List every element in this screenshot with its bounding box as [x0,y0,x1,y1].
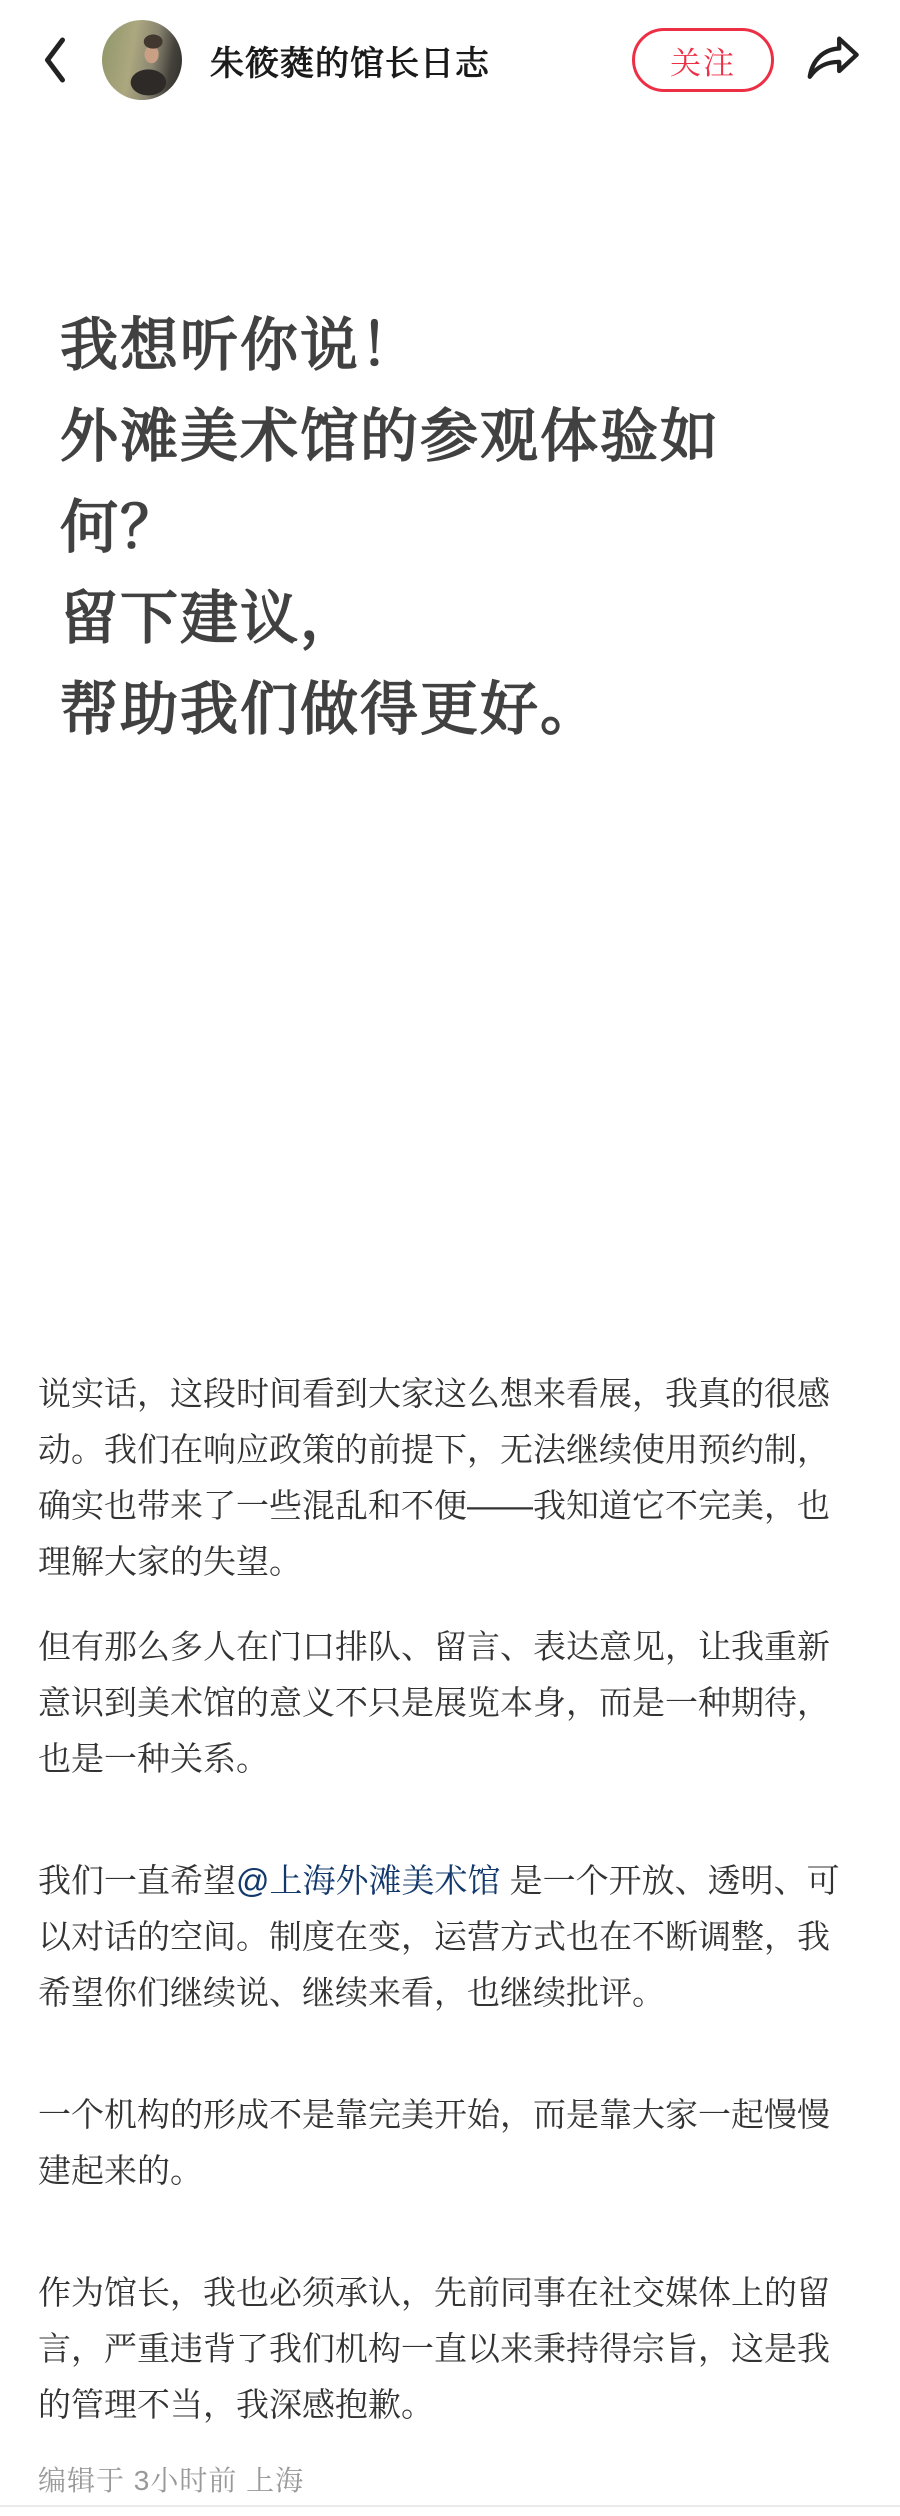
paragraph-text: 我们一直希望 [38,1862,236,1899]
top-nav-bar: 朱筱蕤的馆长日志 关注 [0,0,900,110]
hero-text-line: 帮助我们做得更好。 [60,664,840,755]
post-paragraph: 一个机构的形成不是靠完美开始，而是靠大家一起慢慢建起来的。 [38,2087,862,2199]
post-paragraph: 说实话，这段时间看到大家这么想来看展，我真的很感动。我们在响应政策的前提下，无法… [38,1366,862,1590]
post-paragraph: 作为馆长，我也必须承认，先前同事在社交媒体上的留言，严重违背了我们机构一直以来秉… [38,2265,862,2433]
share-button[interactable] [802,29,864,91]
back-button[interactable] [40,30,80,90]
edit-timestamp-location: 编辑于 3小时前 上海 [38,2453,862,2509]
hero-text-line: 我想听你说！ [60,300,840,391]
avatar[interactable] [102,20,182,100]
follow-button[interactable]: 关注 [632,28,774,92]
post-body: 说实话，这段时间看到大家这么想来看展，我真的很感动。我们在响应政策的前提下，无法… [0,1310,900,2509]
hero-text-line: 何？ [60,482,840,573]
hero-text-line: 外滩美术馆的参观体验如 [60,391,840,482]
username[interactable]: 朱筱蕤的馆长日志 [210,36,490,85]
post-hero-image[interactable]: 我想听你说！ 外滩美术馆的参观体验如 何？ 留下建议， 帮助我们做得更好。 [0,110,900,1310]
follow-button-label: 关注 [670,38,736,83]
share-arrow-icon [804,34,862,86]
chevron-left-icon [40,34,70,86]
bottom-divider [0,2505,900,2507]
hero-text-line: 留下建议， [60,573,840,664]
post-detail-page: 朱筱蕤的馆长日志 关注 我想听你说！ 外滩美术馆的参观体验如 何？ 留下建议， … [0,0,900,2516]
post-paragraph: 但有那么多人在门口排队、留言、表达意见，让我重新意识到美术馆的意义不只是展览本身… [38,1619,862,1787]
mention-link[interactable]: @上海外滩美术馆 [236,1862,501,1899]
post-paragraph: 我们一直希望@上海外滩美术馆 是一个开放、透明、可以对话的空间。制度在变，运营方… [38,1853,862,2021]
